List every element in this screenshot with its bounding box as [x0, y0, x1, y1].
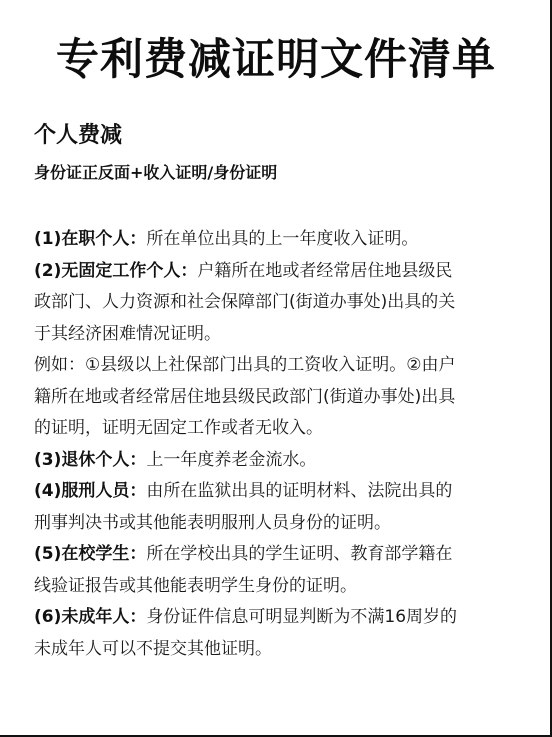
- list-line: 政部门、人力资源和社会保障部门(街道办事处)出具的关: [34, 287, 514, 319]
- item-text: 由所在监狱出具的证明材料、法院出具的: [146, 481, 452, 501]
- item-text: 身份证件信息可明显判断为不满16周岁的: [146, 607, 457, 627]
- item-text: 于其经济困难情况证明。: [34, 324, 221, 344]
- list-line: (2)无固定工作个人：户籍所在地或者经常居住地县级民: [34, 256, 514, 288]
- list-line: 例如：①县级以上社保部门出具的工资收入证明。②由户: [34, 350, 514, 382]
- item-label: (4)服刑人员：: [34, 481, 146, 501]
- list-line: 线验证报告或其他能表明学生身份的证明。: [34, 571, 514, 603]
- item-text: 所在学校出具的学生证明、教育部学籍在: [146, 544, 452, 564]
- item-text: 刑事判决书或其他能表明服刑人员身份的证明。: [34, 513, 391, 533]
- item-label: (5)在校学生：: [34, 544, 146, 564]
- item-label: (1)在职个人：: [34, 229, 146, 249]
- document-page: 专利费减证明文件清单 个人费减 身份证正反面+收入证明/身份证明 (1)在职个人…: [0, 0, 552, 737]
- requirements-list: (1)在职个人：所在单位出具的上一年度收入证明。 (2)无固定工作个人：户籍所在…: [34, 224, 514, 665]
- list-line: 籍所在地或者经常居住地县级民政部门(街道办事处)出具: [34, 382, 514, 414]
- list-line: (1)在职个人：所在单位出具的上一年度收入证明。: [34, 224, 514, 256]
- list-line: (6)未成年人：身份证件信息可明显判断为不满16周岁的: [34, 602, 514, 634]
- list-line: 刑事判决书或其他能表明服刑人员身份的证明。: [34, 508, 514, 540]
- item-text: 籍所在地或者经常居住地县级民政部门(街道办事处)出具: [34, 387, 455, 407]
- item-label: (2)无固定工作个人：: [34, 261, 197, 281]
- list-line: (5)在校学生：所在学校出具的学生证明、教育部学籍在: [34, 539, 514, 571]
- item-label: (6)未成年人：: [34, 607, 146, 627]
- list-line: (3)退休个人：上一年度养老金流水。: [34, 445, 514, 477]
- item-text: 上一年度养老金流水。: [146, 450, 316, 470]
- list-line: (4)服刑人员：由所在监狱出具的证明材料、法院出具的: [34, 476, 514, 508]
- item-text: 政部门、人力资源和社会保障部门(街道办事处)出具的关: [34, 292, 455, 312]
- section-heading: 个人费减: [34, 120, 122, 152]
- section-subtitle: 身份证正反面+收入证明/身份证明: [34, 160, 277, 186]
- item-text: 的证明，证明无固定工作或者无收入。: [34, 418, 323, 438]
- item-text: 例如：①县级以上社保部门出具的工资收入证明。②由户: [34, 355, 455, 375]
- item-text: 户籍所在地或者经常居住地县级民: [197, 261, 452, 281]
- list-line: 未成年人可以不提交其他证明。: [34, 634, 514, 666]
- item-text: 线验证报告或其他能表明学生身份的证明。: [34, 576, 357, 596]
- item-text: 未成年人可以不提交其他证明。: [34, 639, 272, 659]
- page-title: 专利费减证明文件清单: [0, 30, 552, 90]
- list-line: 于其经济困难情况证明。: [34, 319, 514, 351]
- item-label: (3)退休个人：: [34, 450, 146, 470]
- item-text: 所在单位出具的上一年度收入证明。: [146, 229, 418, 249]
- list-line: 的证明，证明无固定工作或者无收入。: [34, 413, 514, 445]
